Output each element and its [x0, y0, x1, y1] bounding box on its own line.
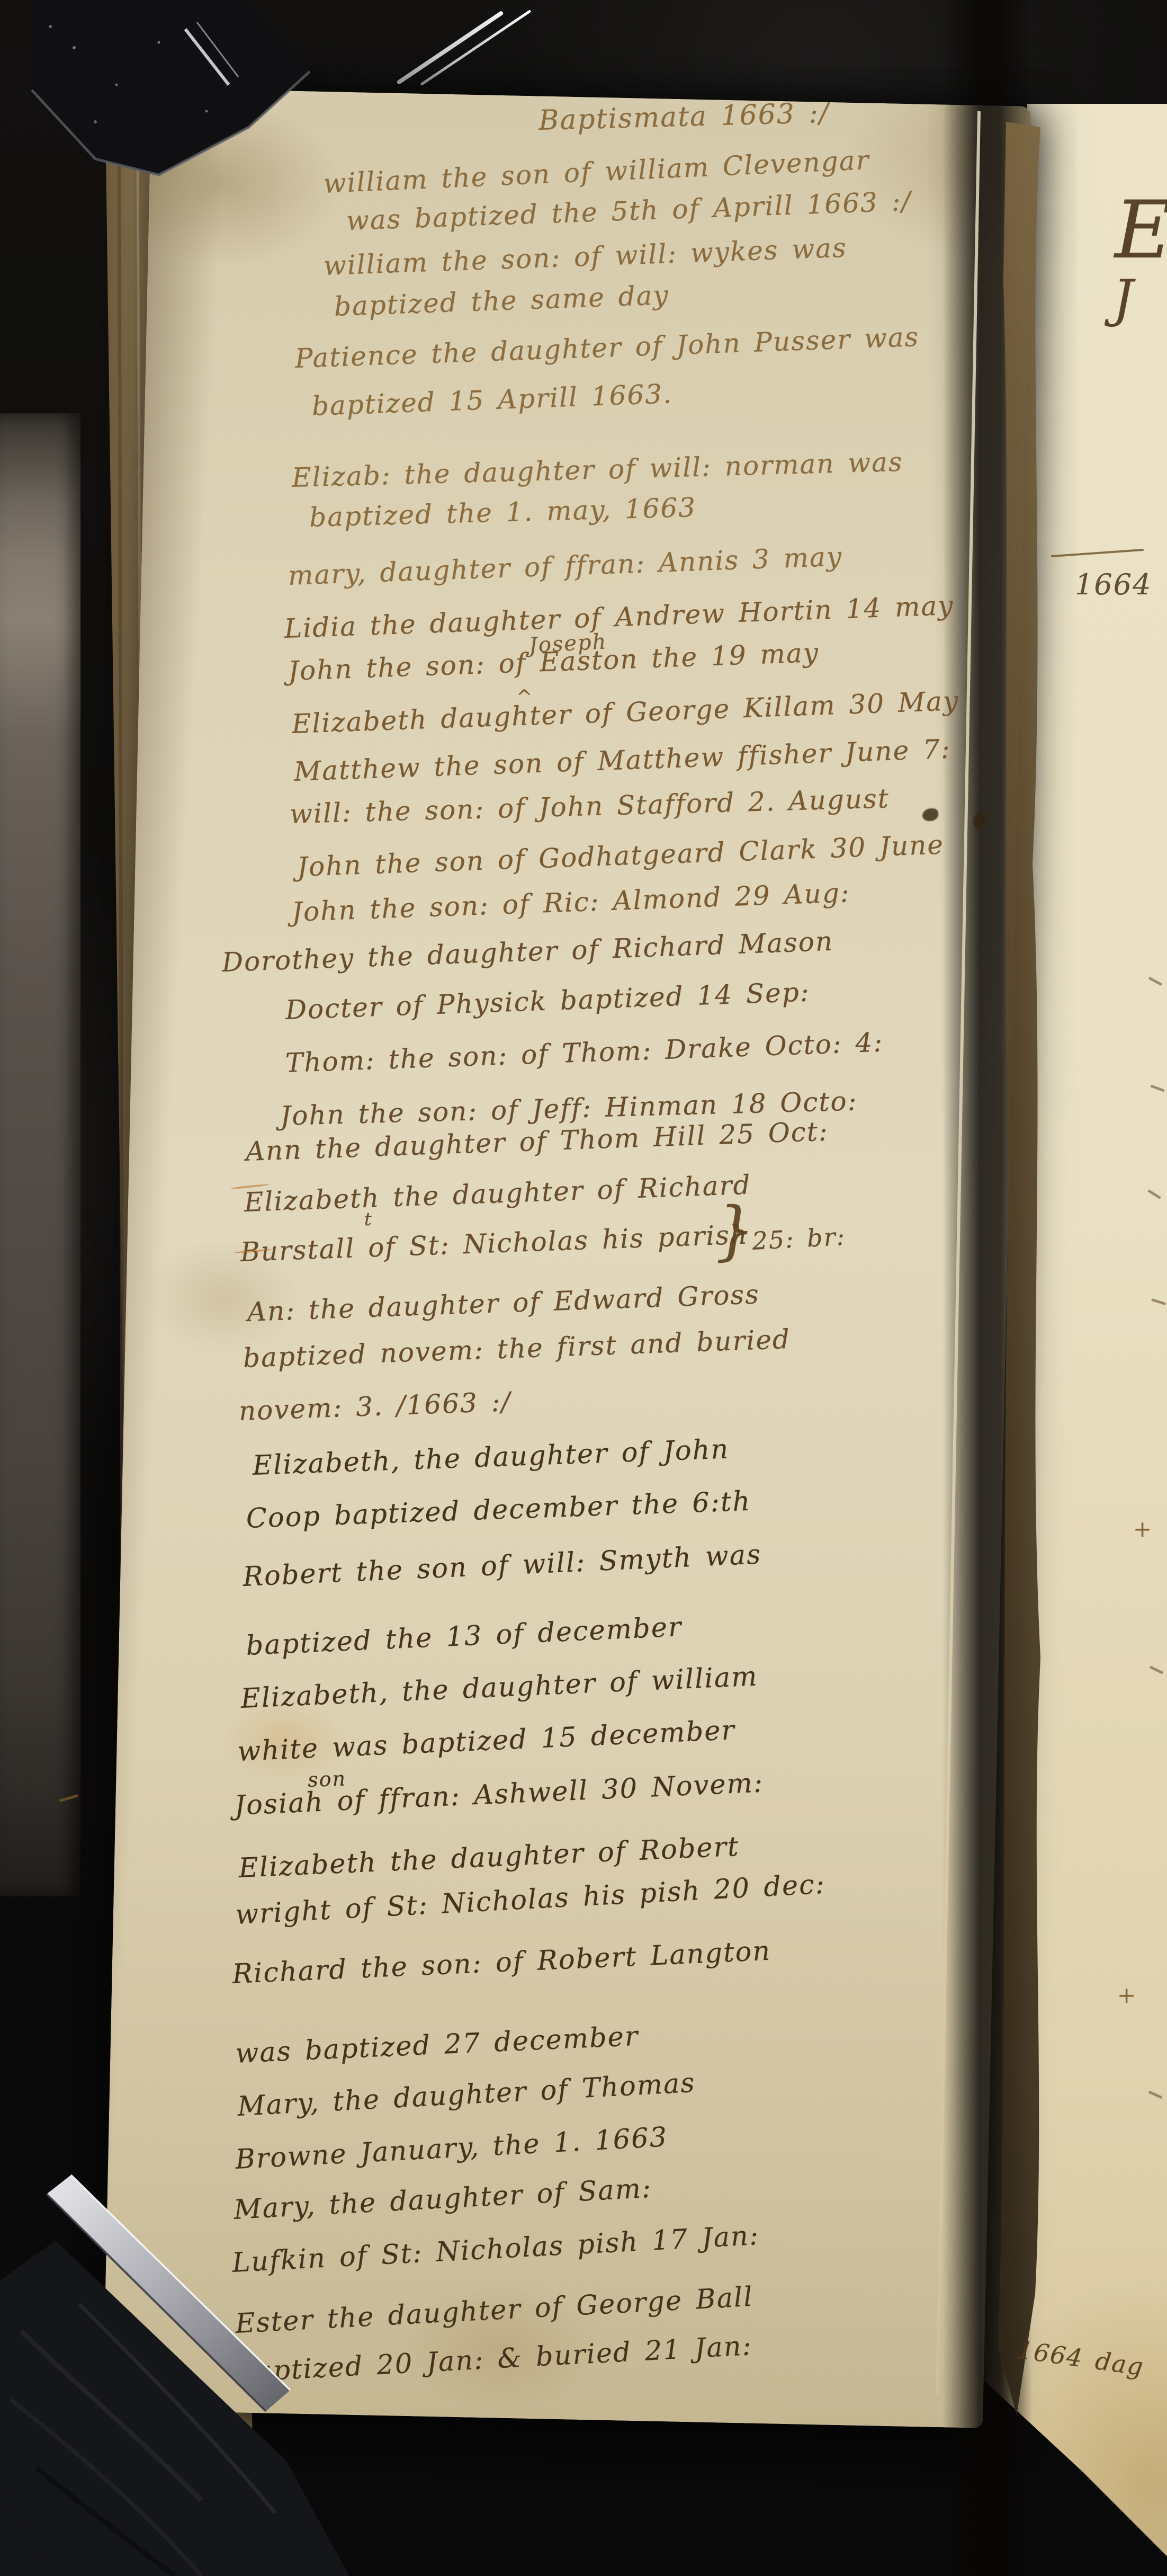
facing-flourish-letter: E: [1115, 184, 1167, 277]
facing-letter-fragment: J: [1113, 269, 1134, 328]
facing-cross-mark: +: [1117, 1982, 1137, 2008]
brace-note: 25: br:: [751, 1222, 846, 1255]
bottom-left-clamp: [0, 2172, 402, 2576]
inserted-word: t: [364, 1209, 373, 1230]
facing-cross-mark: +: [1133, 1516, 1153, 1542]
torn-leaf-stubs: [995, 122, 1059, 2421]
table-surface: [0, 413, 80, 1896]
facing-year: 1664: [1075, 568, 1152, 601]
brace-mark: }: [713, 1193, 757, 1268]
top-left-clamp: [0, 0, 371, 212]
